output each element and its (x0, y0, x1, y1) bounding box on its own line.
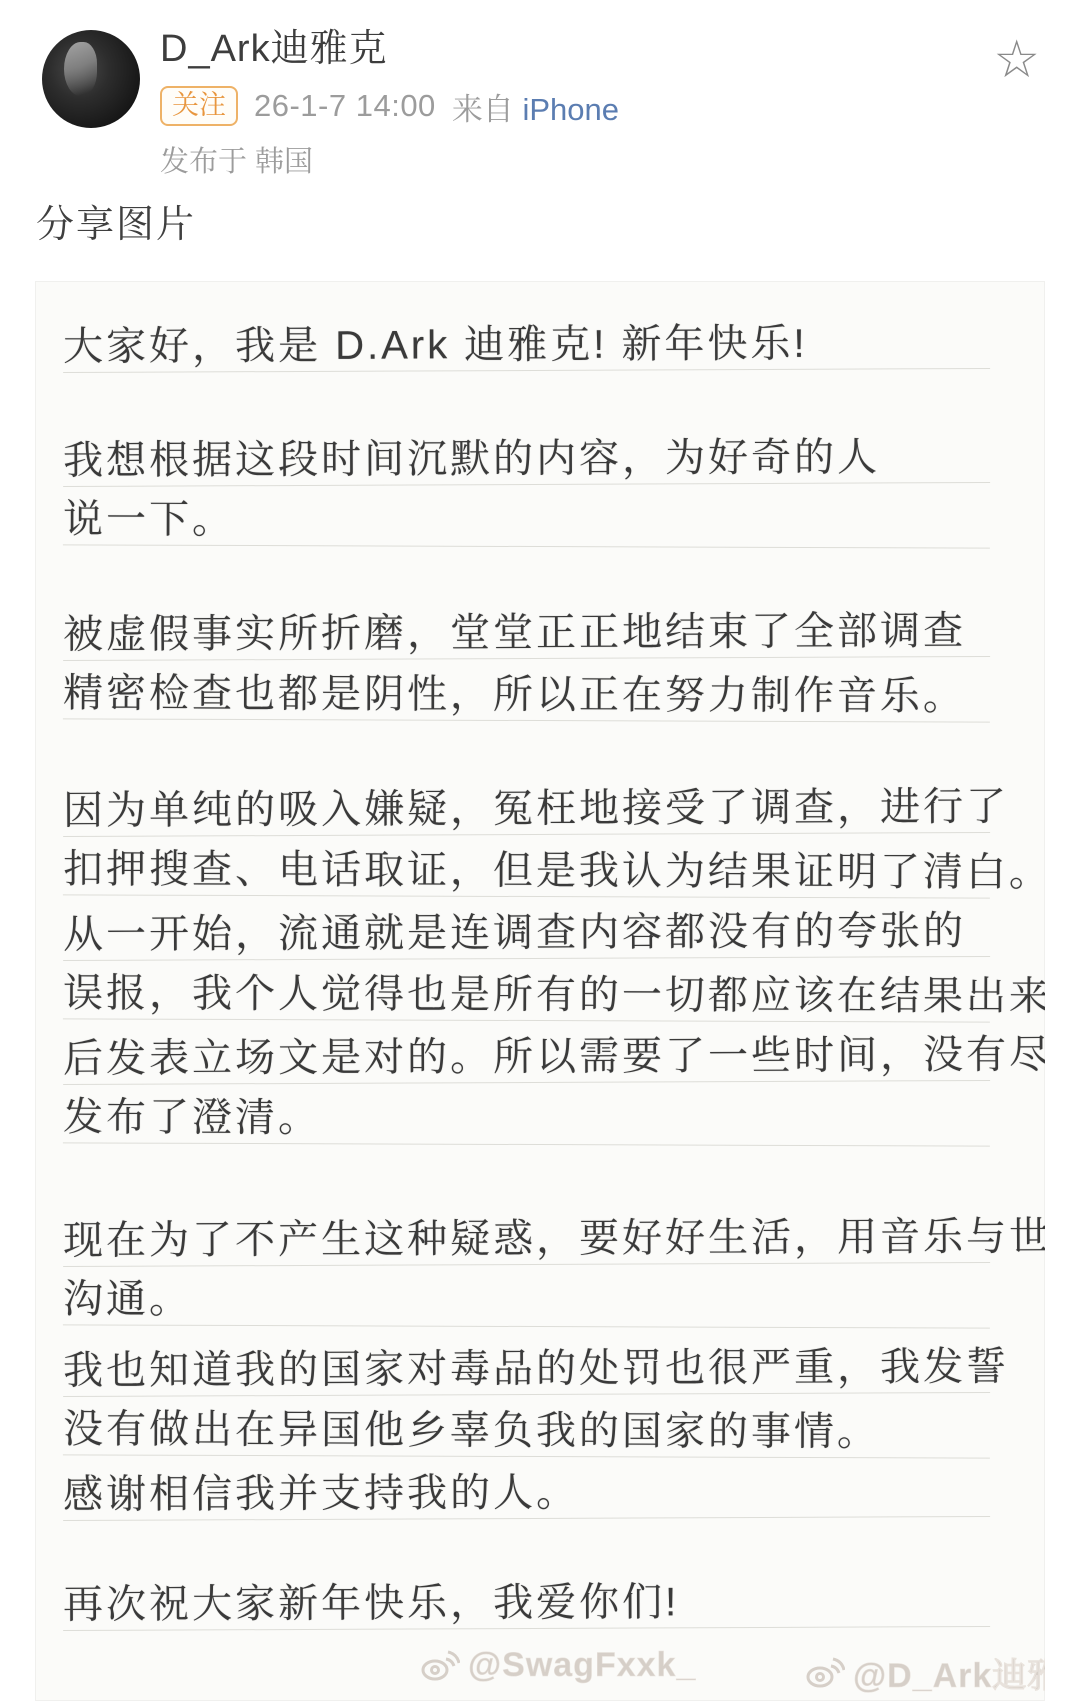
letter-paragraph: 现在为了不产生这种疑惑，要好好生活，用音乐与世界 沟通。 (63, 1203, 990, 1327)
handwritten-line: 沟通。 (63, 1263, 990, 1328)
watermark-left-text: @SwagFxxk_ (468, 1646, 696, 1685)
handwritten-line: 因为单纯的吸入嫌疑，冤枉地接受了调查，进行了 (63, 771, 990, 837)
favorite-star-icon[interactable]: ☆ (993, 34, 1040, 86)
handwritten-line: 我想根据这段时间沉默的内容，为好奇的人 (63, 421, 990, 487)
letter-paragraph: 再次祝大家新年快乐，我爱你们! (63, 1567, 990, 1629)
post-header: D_Ark迪雅克 关注 26-1-7 14:00 来自 iPhone 发布于 韩… (42, 28, 1044, 180)
handwritten-line: 再次祝大家新年快乐，我爱你们! (63, 1565, 990, 1631)
handwritten-line: 没有做出在异国他乡辜负我的国家的事情。 (63, 1393, 990, 1458)
meta-row: 关注 26-1-7 14:00 来自 iPhone (160, 84, 1044, 129)
follow-button[interactable]: 关注 (160, 86, 238, 126)
letter-paragraph: 大家好，我是 D.Ark 迪雅克! 新年快乐! (63, 309, 990, 371)
handwritten-line: 从一开始，流通就是连调查内容都没有的夸张的 (63, 895, 990, 961)
handwritten-line: 后发表立场文是对的。所以需要了一些时间，没有尽快 (63, 1019, 990, 1085)
handwritten-line: 扣押搜查、电话取证，但是我认为结果证明了清白。 (63, 833, 990, 898)
username[interactable]: D_Ark迪雅克 (160, 28, 1044, 72)
watermark-right: @D_Ark迪雅克 (805, 1648, 1045, 1697)
avatar[interactable] (42, 30, 140, 128)
watermark-right-text: @D_Ark迪雅克 (853, 1648, 1045, 1697)
letter-paragraph: 因为单纯的吸入嫌疑，冤枉地接受了调查，进行了 扣押搜查、电话取证，但是我认为结果… (63, 773, 990, 1145)
timestamp: 26-1-7 14:00 (254, 88, 436, 124)
letter-image[interactable]: 大家好，我是 D.Ark 迪雅克! 新年快乐! 我想根据这段时间沉默的内容，为好… (35, 281, 1045, 1701)
post-location: 发布于 韩国 (160, 139, 1044, 180)
handwritten-line: 我也知道我的国家对毒品的处罚也很严重，我发誓 (63, 1331, 990, 1397)
handwritten-line: 发布了澄清。 (63, 1081, 990, 1146)
letter-paragraph: 我也知道我的国家对毒品的处罚也很严重，我发誓 没有做出在异国他乡辜负我的国家的事… (63, 1333, 990, 1519)
handwritten-line: 误报，我个人觉得也是所有的一切都应该在结果出来 (63, 957, 990, 1022)
header-text: D_Ark迪雅克 关注 26-1-7 14:00 来自 iPhone 发布于 韩… (160, 28, 1044, 180)
handwritten-line: 感谢相信我并支持我的人。 (63, 1455, 990, 1521)
source-prefix: 来自 (452, 92, 523, 127)
letter-paragraph: 被虚假事实所折磨，堂堂正正地结束了全部调查 精密检查也都是阴性，所以正在努力制作… (63, 597, 990, 721)
handwritten-line: 大家好，我是 D.Ark 迪雅克! 新年快乐! (63, 307, 990, 373)
handwritten-line: 精密检查也都是阴性，所以正在努力制作音乐。 (63, 657, 990, 722)
handwritten-line: 被虚假事实所折磨，堂堂正正地结束了全部调查 (63, 595, 990, 661)
weibo-eye-logo-icon (805, 1656, 845, 1690)
weibo-eye-logo-icon (420, 1649, 460, 1683)
post-source[interactable]: 来自 iPhone (452, 84, 619, 129)
letter-paragraph: 我想根据这段时间沉默的内容，为好奇的人 说一下。 (63, 423, 990, 547)
handwritten-line: 说一下。 (63, 483, 990, 548)
handwritten-line: 现在为了不产生这种疑惑，要好好生活，用音乐与世界 (63, 1201, 990, 1267)
watermark-left: @SwagFxxk_ (420, 1646, 696, 1685)
post-text: 分享图片 (36, 193, 196, 248)
source-app-link[interactable]: iPhone (522, 92, 619, 127)
